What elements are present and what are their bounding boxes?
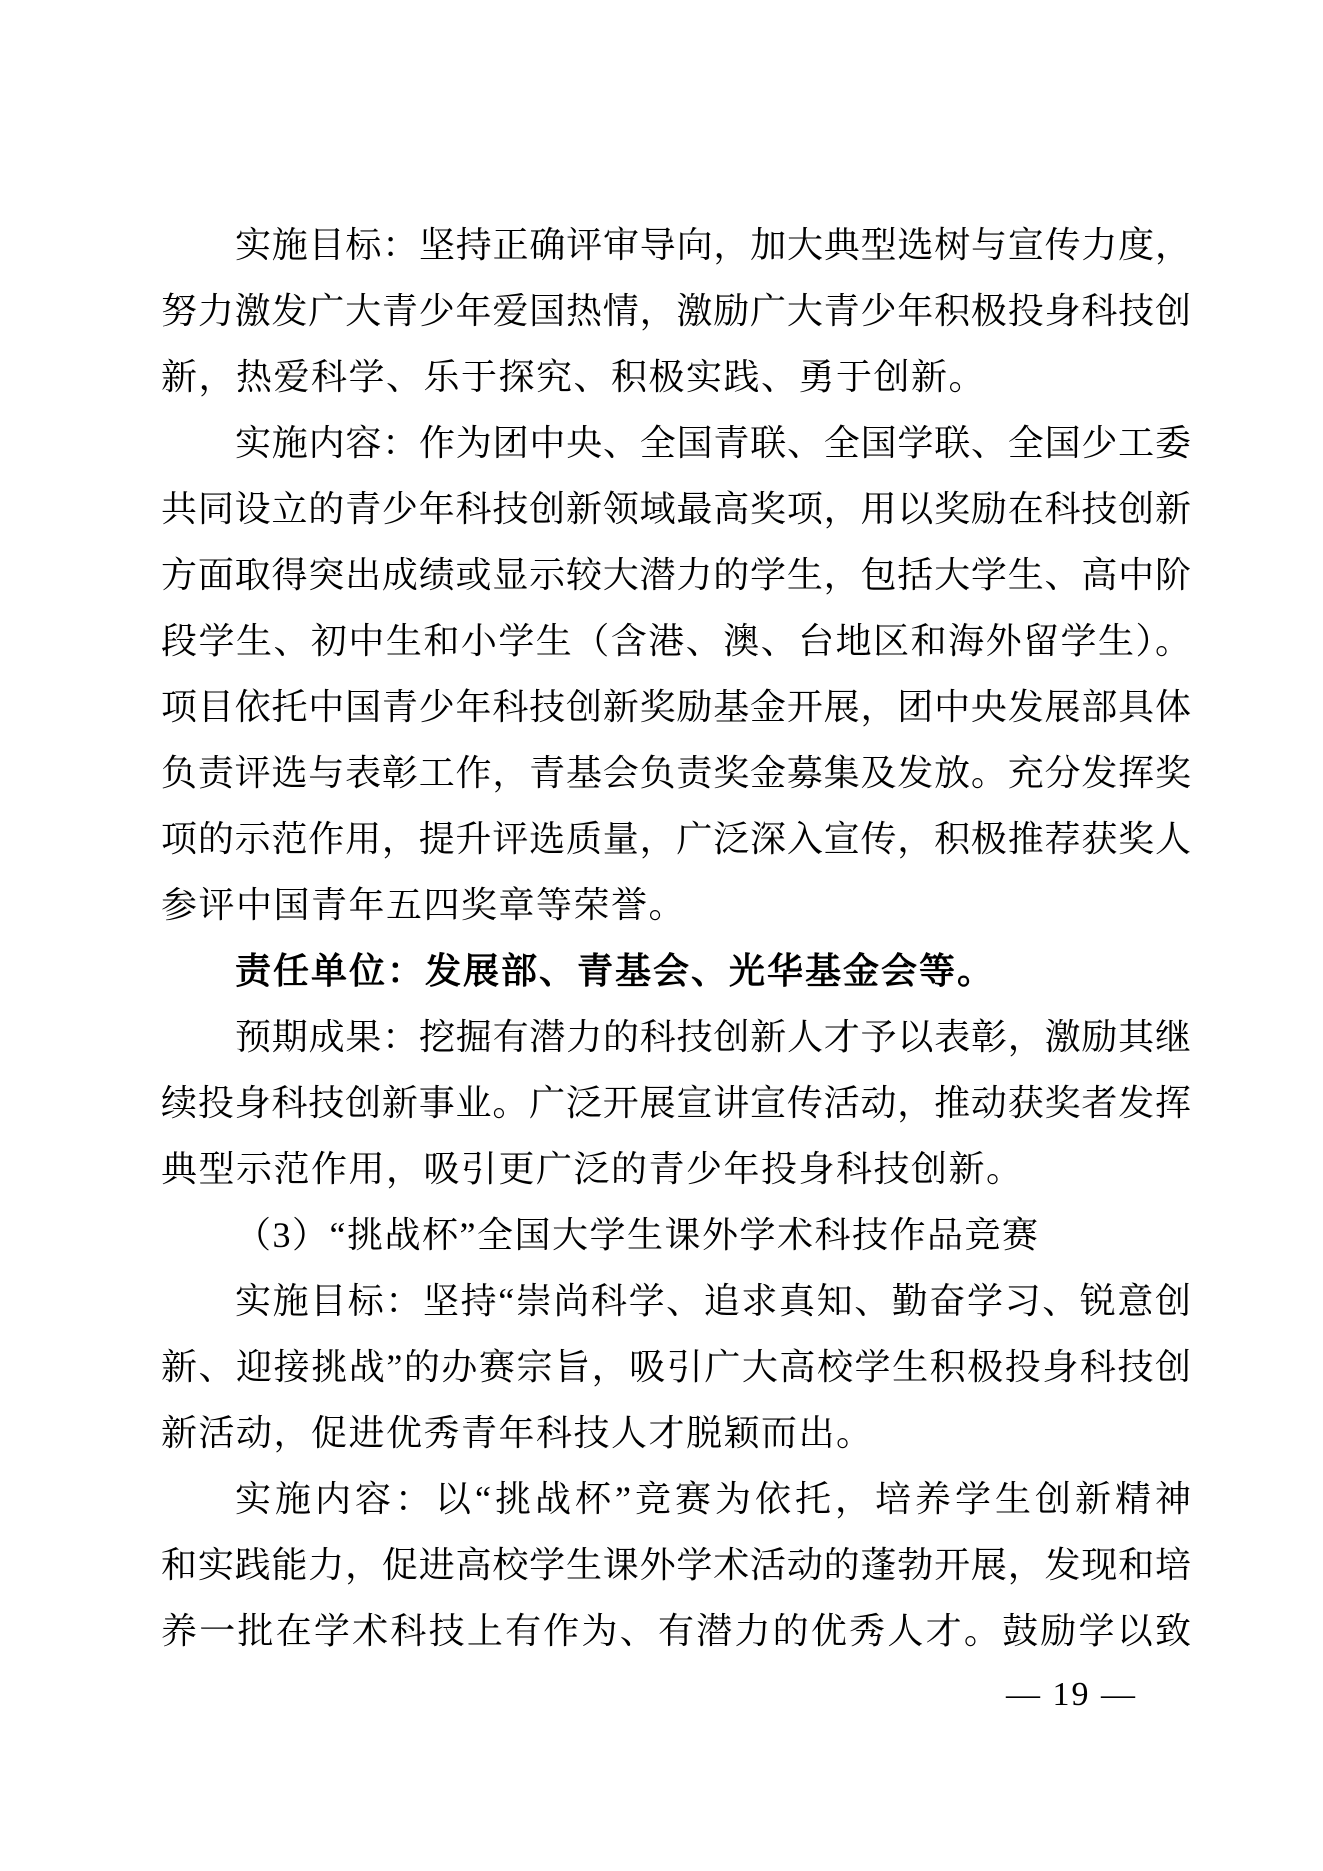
text-line: 共同设立的青少年科技创新领域最高奖项，用以奖励在科技创新: [161, 476, 1191, 542]
text-line: 参评中国青年五四奖章等荣誉。: [161, 872, 1191, 938]
text-line: 实施内容：以“挑战杯”竞赛为依托，培养学生创新精神: [161, 1466, 1191, 1532]
text-line: 段学生、初中生和小学生（含港、澳、台地区和海外留学生）。: [161, 608, 1191, 674]
text-line: 续投身科技创新事业。广泛开展宣讲宣传活动，推动获奖者发挥: [161, 1070, 1191, 1136]
text-line: 和实践能力，促进高校学生课外学术活动的蓬勃开展，发现和培: [161, 1532, 1191, 1598]
responsible-unit-line: 责任单位：发展部、青基会、光华基金会等。: [161, 938, 1191, 1004]
text-line: 实施目标：坚持正确评审导向，加大典型选树与宣传力度，: [161, 212, 1191, 278]
document-body: 实施目标：坚持正确评审导向，加大典型选树与宣传力度，努力激发广大青少年爱国热情，…: [161, 212, 1191, 1664]
text-line: 负责评选与表彰工作，青基会负责奖金募集及发放。充分发挥奖: [161, 740, 1191, 806]
text-line: 新活动，促进优秀青年科技人才脱颖而出。: [161, 1400, 1191, 1466]
text-line: 新，热爱科学、乐于探究、积极实践、勇于创新。: [161, 344, 1191, 410]
text-line: 预期成果：挖掘有潜力的科技创新人才予以表彰，激励其继: [161, 1004, 1191, 1070]
text-line: 典型示范作用，吸引更广泛的青少年投身科技创新。: [161, 1136, 1191, 1202]
document-page: 实施目标：坚持正确评审导向，加大典型选树与宣传力度，努力激发广大青少年爱国热情，…: [0, 0, 1323, 1871]
text-line: 方面取得突出成绩或显示较大潜力的学生，包括大学生、高中阶: [161, 542, 1191, 608]
text-line: 努力激发广大青少年爱国热情，激励广大青少年积极投身科技创: [161, 278, 1191, 344]
text-line: 项的示范作用，提升评选质量，广泛深入宣传，积极推荐获奖人: [161, 806, 1191, 872]
page-number: — 19 —: [1006, 1678, 1137, 1712]
text-line: 项目依托中国青少年科技创新奖励基金开展，团中央发展部具体: [161, 674, 1191, 740]
text-line: 实施内容：作为团中央、全国青联、全国学联、全国少工委: [161, 410, 1191, 476]
text-line: 实施目标：坚持“崇尚科学、追求真知、勤奋学习、锐意创: [161, 1268, 1191, 1334]
text-line: 新、迎接挑战”的办赛宗旨，吸引广大高校学生积极投身科技创: [161, 1334, 1191, 1400]
text-line: 养一批在学术科技上有作为、有潜力的优秀人才。鼓励学以致: [161, 1598, 1191, 1664]
text-line: （3）“挑战杯”全国大学生课外学术科技作品竞赛: [161, 1202, 1191, 1268]
